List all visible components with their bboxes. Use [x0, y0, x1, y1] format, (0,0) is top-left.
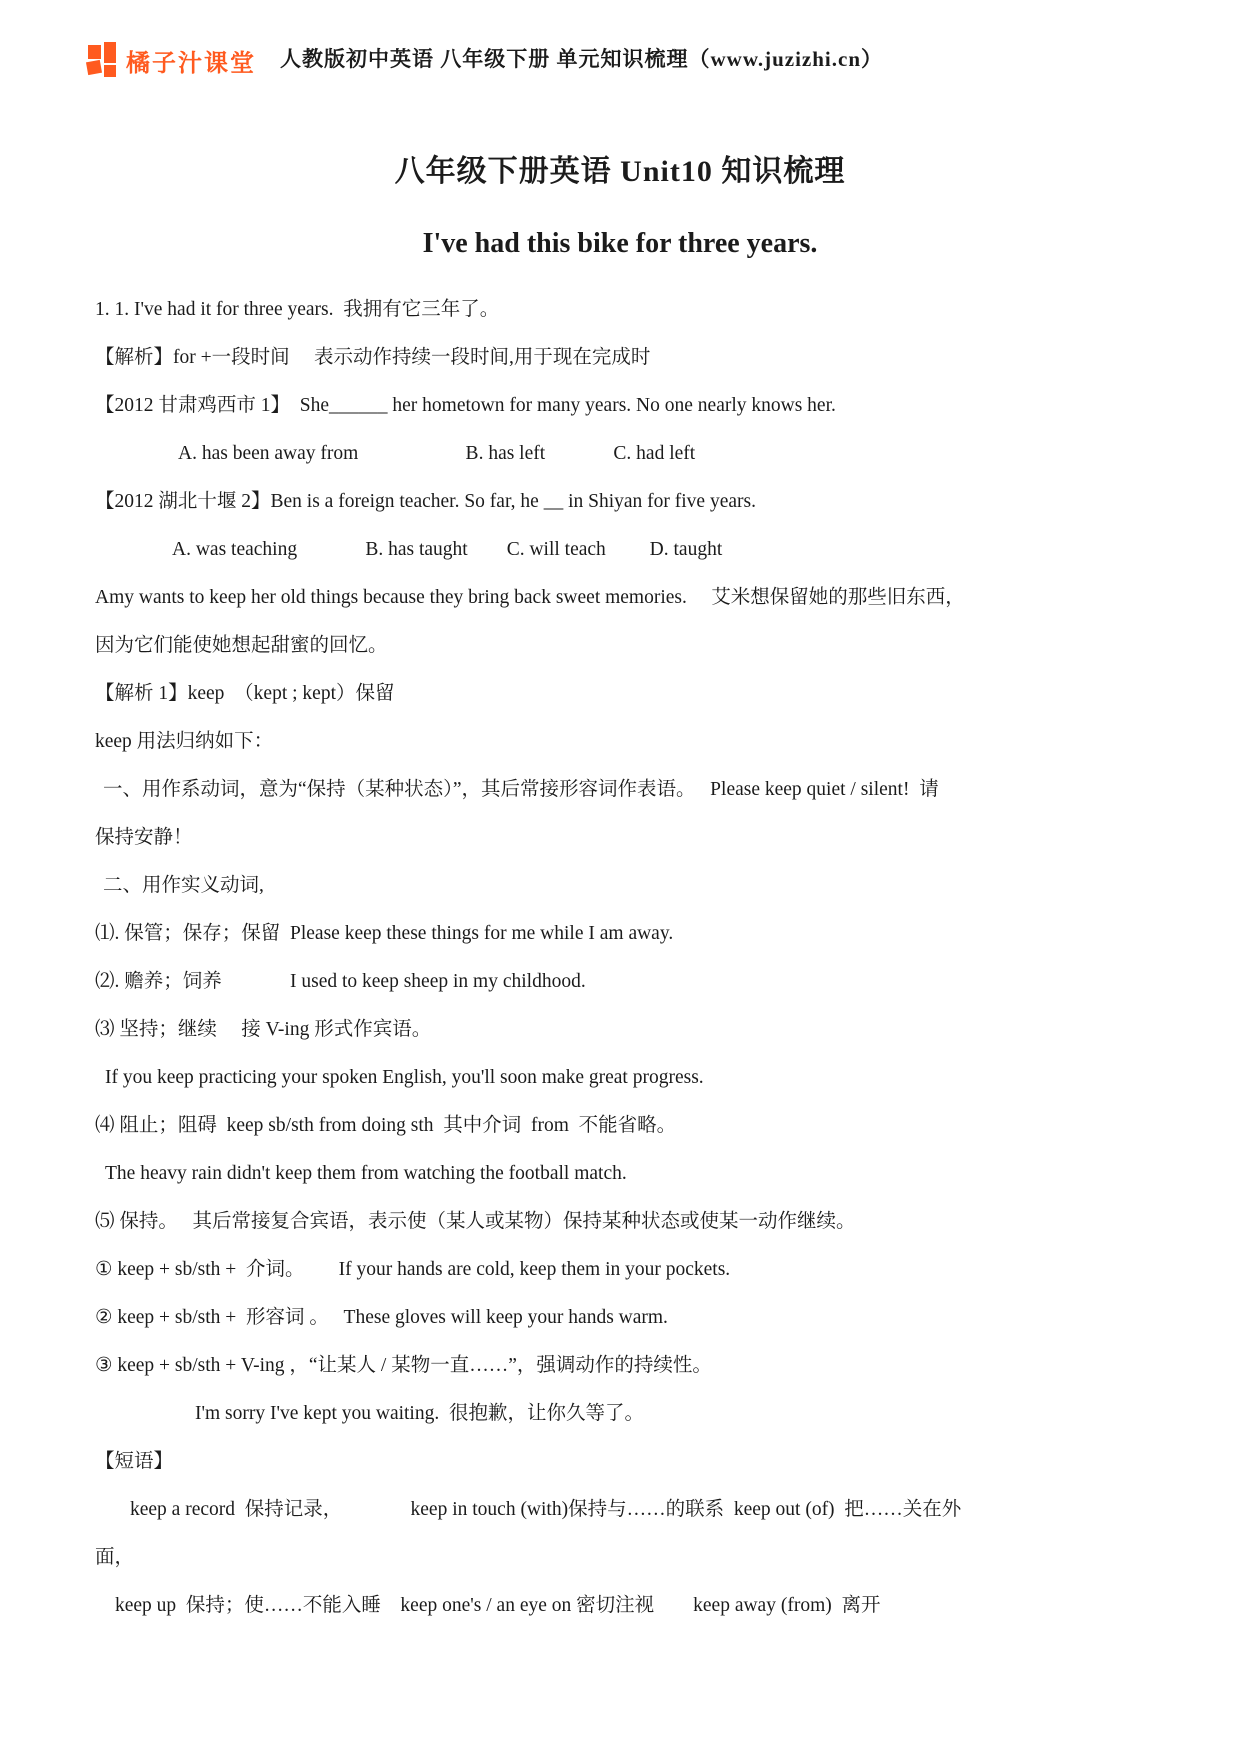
text-line: If you keep practicing your spoken Engli… — [95, 1054, 1185, 1102]
header-doc-info: 人教版初中英语 八年级下册 单元知识梳理（www.juzizhi.cn） — [280, 43, 883, 73]
unit-sentence-subtitle: I've had this bike for three years. — [0, 228, 1240, 260]
text-line: A. was teaching B. has taught C. will te… — [95, 526, 1185, 574]
text-line: ⑵. 赡养；饲养 I used to keep sheep in my chil… — [95, 958, 1185, 1006]
text-line: 【短语】 — [95, 1438, 1185, 1486]
page-title: 八年级下册英语 Unit10 知识梳理 — [0, 146, 1240, 190]
text-line: 【2012 甘肃鸡西市 1】 She______ her hometown fo… — [95, 382, 1185, 430]
text-line: ⑸ 保持。 其后常接复合宾语，表示使（某人或某物）保持某种状态或使某一动作继续。 — [95, 1198, 1185, 1246]
text-line: ② keep + sb/sth + 形容词 。 These gloves wil… — [95, 1294, 1185, 1342]
text-line: ⑶ 坚持；继续 接 V-ing 形式作宾语。 — [95, 1006, 1185, 1054]
text-line: 【解析】for +一段时间 表示动作持续一段时间,用于现在完成时 — [95, 334, 1185, 382]
brand-logo: 橘子汁课堂 — [88, 42, 256, 78]
text-line: 1. 1. I've had it for three years. 我拥有它三… — [95, 286, 1185, 334]
orange-squares-logo-icon — [88, 42, 118, 78]
text-line: 【2012 湖北十堰 2】Ben is a foreign teacher. S… — [95, 478, 1185, 526]
text-line: I'm sorry I've kept you waiting. 很抱歉，让你久… — [95, 1390, 1185, 1438]
text-line: 面， — [95, 1534, 1185, 1582]
text-line: ③ keep + sb/sth + V-ing ，“让某人 / 某物一直……”，… — [95, 1342, 1185, 1390]
text-line: keep a record 保持记录， keep in touch (with)… — [95, 1486, 1185, 1534]
text-line: ① keep + sb/sth + 介词。 If your hands are … — [95, 1246, 1185, 1294]
text-line: The heavy rain didn't keep them from wat… — [95, 1150, 1185, 1198]
text-line: 【解析 1】keep （kept ; kept）保留 — [95, 670, 1185, 718]
brand-name: 橘子汁课堂 — [126, 43, 256, 78]
text-line: 一、用作系动词，意为“保持（某种状态）”，其后常接形容词作表语。 Please … — [95, 766, 1185, 814]
text-line: Amy wants to keep her old things because… — [95, 574, 1185, 622]
page-header: 橘子汁课堂 人教版初中英语 八年级下册 单元知识梳理（www.juzizhi.c… — [88, 36, 1180, 84]
text-line: keep up 保持；使……不能入睡 keep one's / an eye o… — [95, 1582, 1185, 1630]
text-line: A. has been away from B. has left C. had… — [95, 430, 1185, 478]
text-line: 保持安静！ — [95, 814, 1185, 862]
text-line: ⑴. 保管；保存；保留 Please keep these things for… — [95, 910, 1185, 958]
text-line: keep 用法归纳如下： — [95, 718, 1185, 766]
text-line: 二、用作实义动词, — [95, 862, 1185, 910]
text-line: ⑷ 阻止；阻碍 keep sb/sth from doing sth 其中介词 … — [95, 1102, 1185, 1150]
text-line: 因为它们能使她想起甜蜜的回忆。 — [95, 622, 1185, 670]
document-body: 1. 1. I've had it for three years. 我拥有它三… — [95, 286, 1185, 1630]
